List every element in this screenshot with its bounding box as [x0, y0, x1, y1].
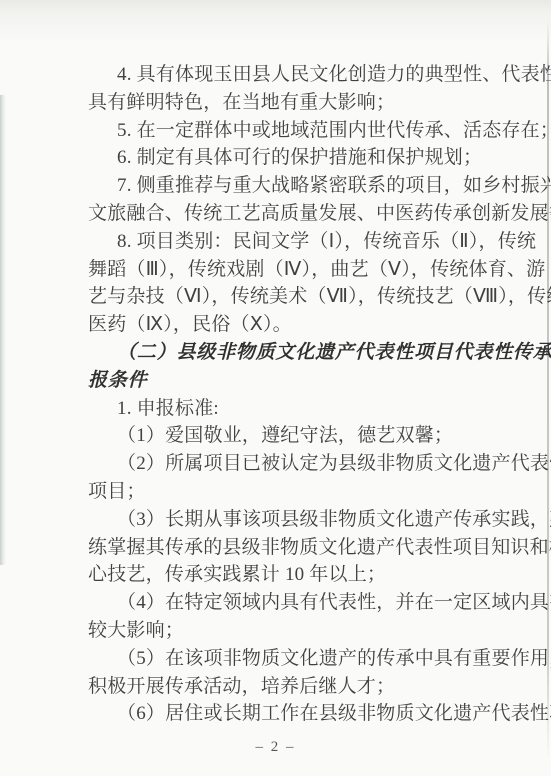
text-line: 练掌握其传承的县级非物质文化遗产代表性项目知识和核 — [88, 534, 525, 562]
scanned-document-page: 4. 具有体现玉田县人民文化创造力的典型性、代表性，具有鲜明特色，在当地有重大影… — [0, 0, 551, 776]
text-line: 文旅融合、传统工艺高质量发展、中医药传承创新发展等。 — [88, 200, 525, 228]
text-line: 项目； — [88, 478, 525, 506]
page-number: – 2 – — [0, 739, 551, 756]
text-line: （2）所属项目已被认定为县级非物质文化遗产代表性 — [88, 450, 525, 478]
scan-artifact-left-shadow — [0, 95, 6, 565]
text-line: 较大影响； — [88, 617, 525, 645]
text-line: 8. 项目类别：民间文学（Ⅰ），传统音乐（Ⅱ），传统 — [88, 228, 525, 256]
text-line: 6. 制定有具体可行的保护措施和保护规划； — [88, 144, 525, 172]
text-line: （6）居住或长期工作在县级非物质文化遗产代表性项 — [88, 700, 525, 728]
scan-artifact-top-band — [0, 0, 551, 44]
section-heading-line: 报条件 — [88, 367, 525, 395]
text-line: 舞蹈（Ⅲ），传统戏剧（Ⅳ），曲艺（Ⅴ），传统体育、游 — [88, 256, 525, 284]
text-line: 具有鲜明特色，在当地有重大影响； — [88, 89, 525, 117]
text-line: 心技艺，传承实践累计 10 年以上； — [88, 561, 525, 589]
text-line: （5）在该项非物质文化遗产的传承中具有重要作用， — [88, 645, 525, 673]
text-line: 1. 申报标准: — [88, 395, 525, 423]
text-line: 艺与杂技（Ⅵ），传统美术（Ⅶ），传统技艺（Ⅷ），传统 — [88, 283, 525, 311]
text-line: 4. 具有体现玉田县人民文化创造力的典型性、代表性， — [88, 61, 525, 89]
section-heading-line: （二）县级非物质文化遗产代表性项目代表性传承人申 — [88, 339, 525, 367]
text-line: 5. 在一定群体中或地域范围内世代传承、活态存在； — [88, 117, 525, 145]
text-line: 积极开展传承活动，培养后继人才； — [88, 673, 525, 701]
text-line: （4）在特定领域内具有代表性，并在一定区域内具有 — [88, 589, 525, 617]
text-line: 医药（Ⅸ），民俗（Ⅹ）。 — [88, 311, 525, 339]
text-line: （1）爱国敬业，遵纪守法，德艺双馨； — [88, 422, 525, 450]
text-line: （3）长期从事该项县级非物质文化遗产传承实践，熟 — [88, 506, 525, 534]
document-body: 4. 具有体现玉田县人民文化创造力的典型性、代表性，具有鲜明特色，在当地有重大影… — [88, 61, 525, 728]
text-line: 7. 侧重推荐与重大战略紧密联系的项目，如乡村振兴、 — [88, 172, 525, 200]
